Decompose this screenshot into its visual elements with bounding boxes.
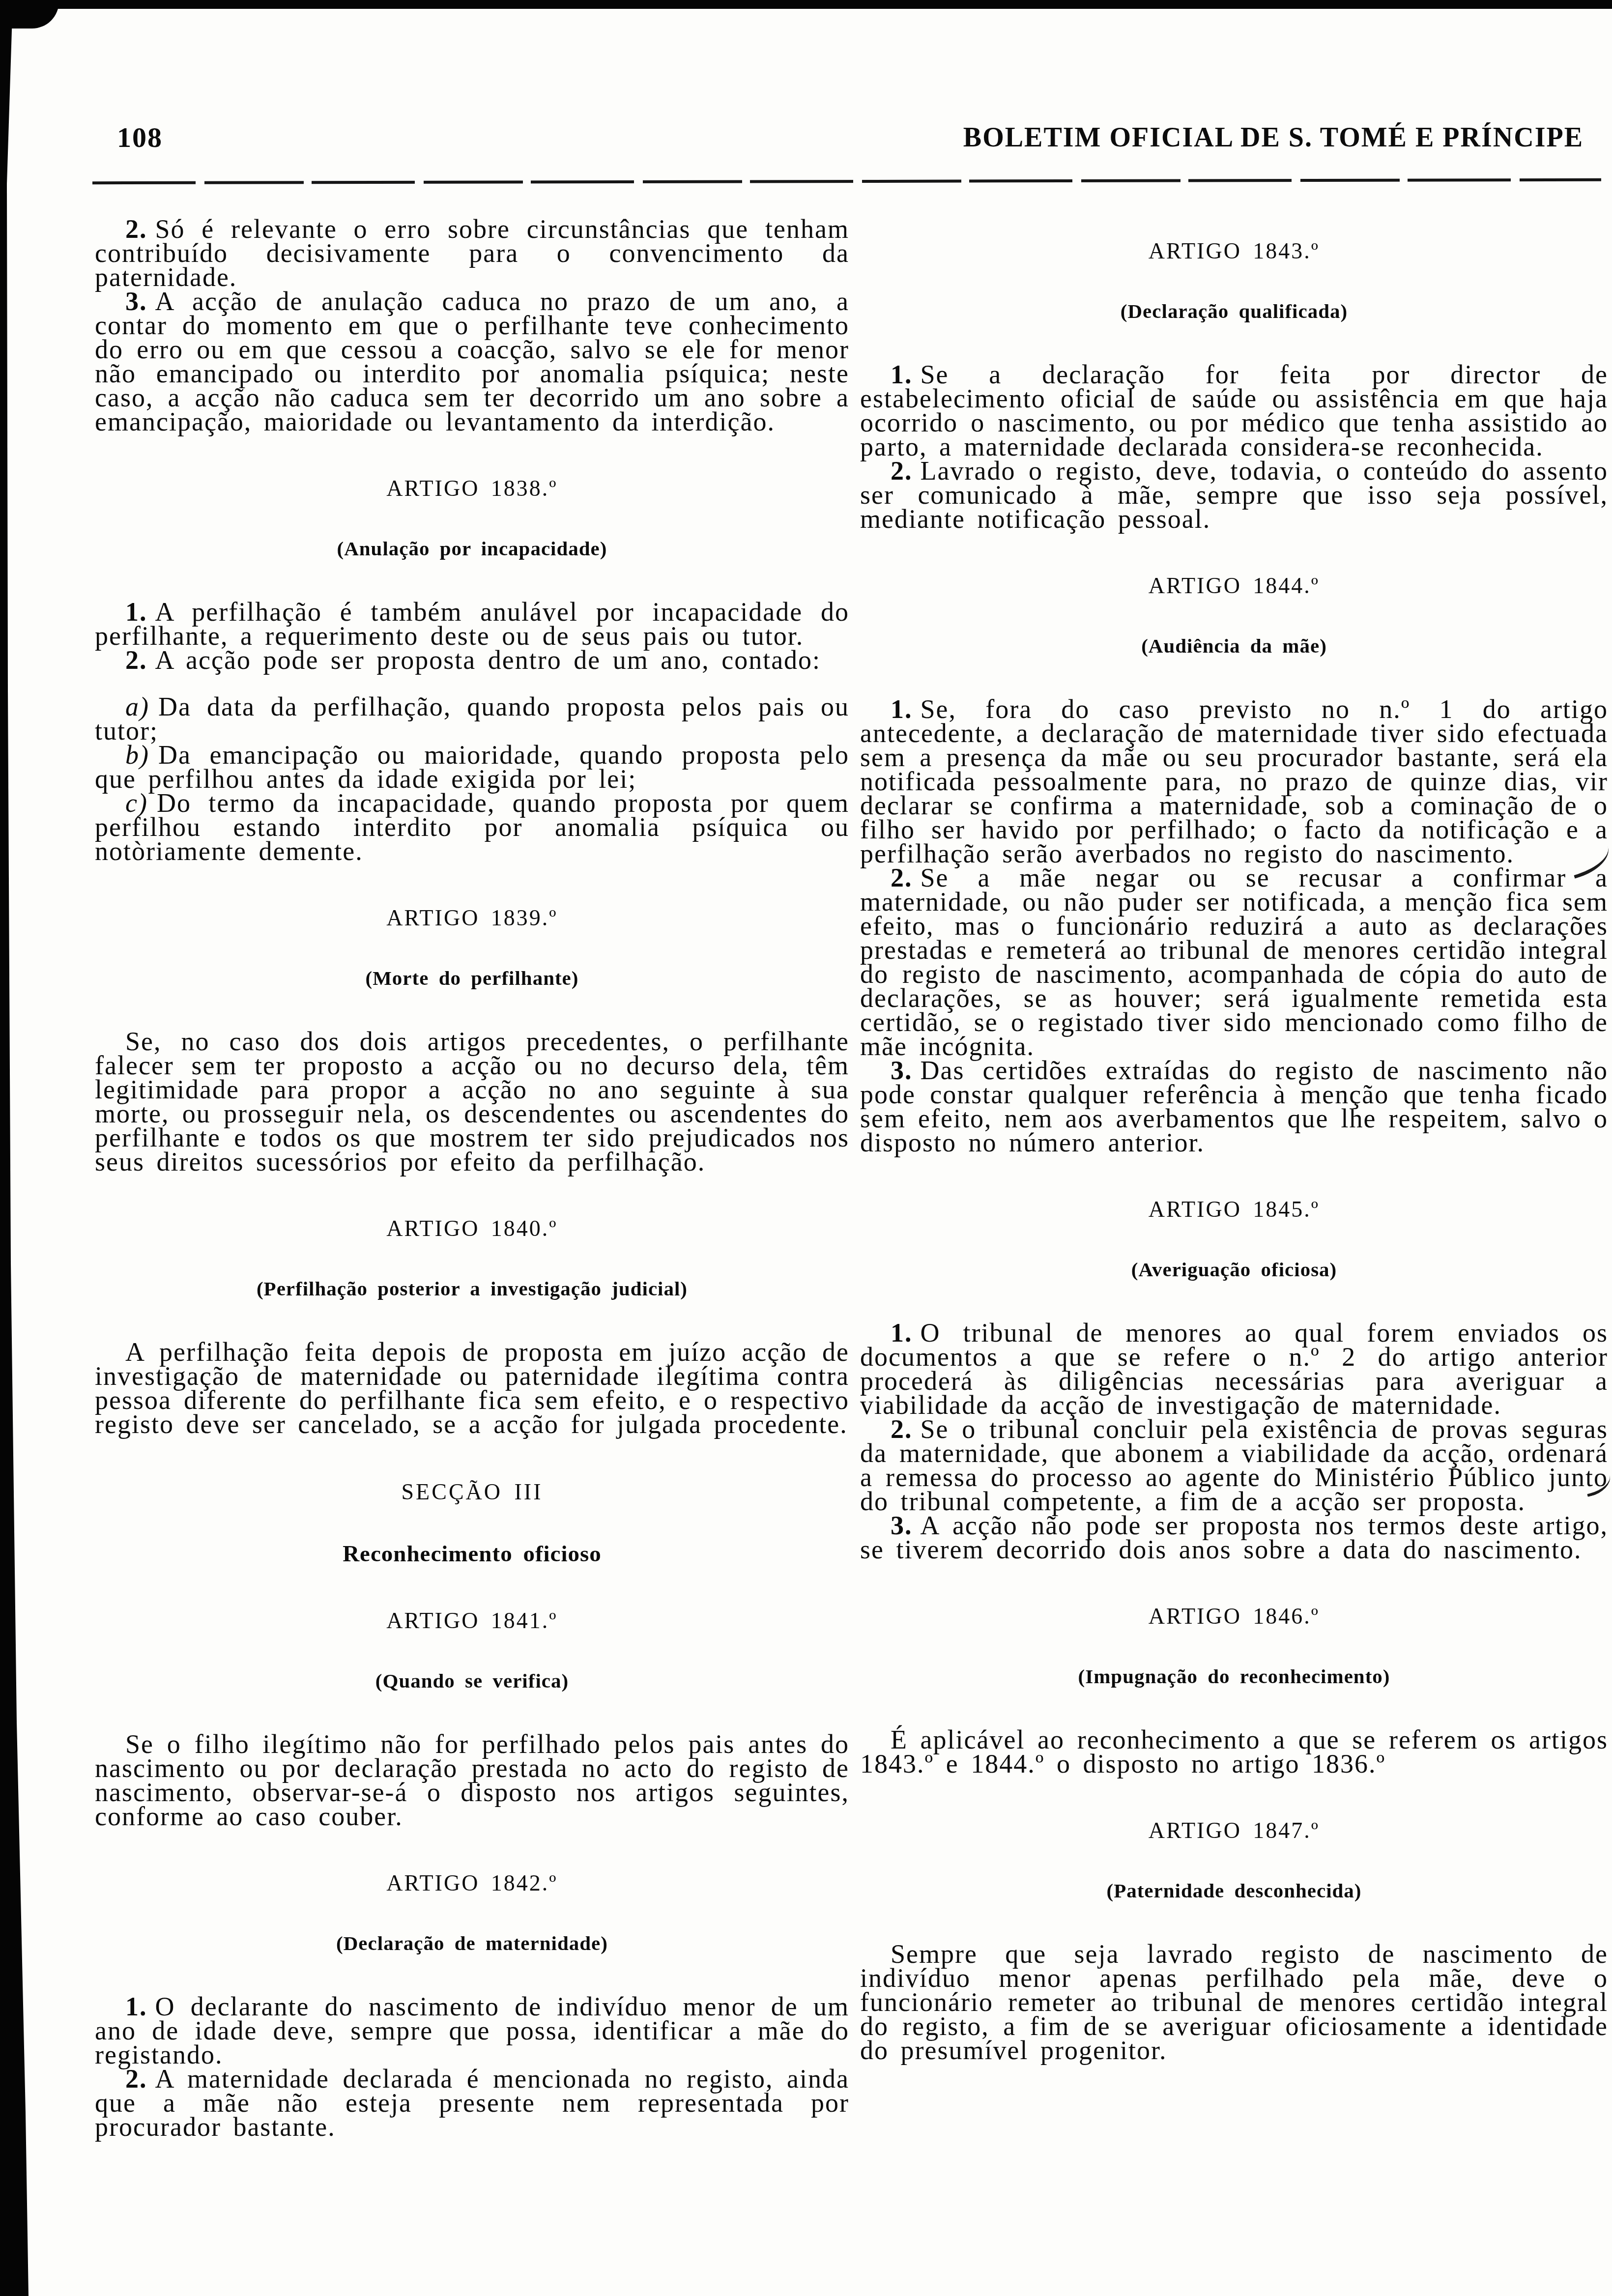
article-subtitle: (Declaração de maternidade) (95, 1932, 849, 1954)
paragraph-text: A acção não pode ser proposta nos termos… (860, 1511, 1608, 1564)
article-heading: ARTIGO 1838.º (95, 476, 849, 501)
list-item: a)Da data da perfilhação, quando propost… (95, 695, 849, 743)
article-subtitle: (Quando se verifica) (95, 1669, 849, 1692)
article-heading: ARTIGO 1842.º (95, 1871, 849, 1895)
article-subtitle: (Declaração qualificada) (860, 300, 1608, 322)
right-column: ARTIGO 1843.º (Declaração qualificada) 1… (860, 217, 1608, 2063)
article-subtitle: (Averiguação oficiosa) (860, 1258, 1608, 1281)
article-heading: ARTIGO 1844.º (860, 574, 1608, 598)
paragraph: 2.A acção pode ser proposta dentro de um… (95, 648, 849, 672)
list-item: b)Da emancipação ou maioridade, quando p… (95, 743, 849, 791)
paragraph-text: Se o tribunal concluir pela existência d… (860, 1414, 1608, 1516)
scan-edge-top (0, 0, 1612, 9)
paragraph: 1.A perfilhação é também anulável por in… (95, 600, 849, 648)
paragraph: Sempre que seja lavrado registo de nasci… (860, 1942, 1608, 2063)
article-heading: ARTIGO 1843.º (860, 239, 1608, 263)
paragraph: 1.O tribunal de menores ao qual forem en… (860, 1321, 1608, 1417)
paragraph-text: Se o filho ilegítimo não for perfilhado … (95, 1729, 849, 1831)
paragraph-text: A acção pode ser proposta dentro de um a… (155, 645, 821, 675)
paragraph-text: A perfilhação é também anulável por inca… (95, 597, 849, 651)
section-title: Reconhecimento oficioso (95, 1542, 849, 1566)
paragraph-text: O declarante do nascimento de indivíduo … (95, 1992, 849, 2069)
header-rule (92, 178, 1601, 184)
article-heading: ARTIGO 1840.º (95, 1216, 849, 1241)
list-item: c)Do termo da incapacidade, quando propo… (95, 791, 849, 863)
paragraph: 3.Das certidões extraídas do registo de … (860, 1059, 1608, 1155)
article-subtitle: (Impugnação do reconhecimento) (860, 1665, 1608, 1688)
article-heading: ARTIGO 1839.º (95, 906, 849, 930)
paragraph-text: Só é relevante o erro sobre circunstânci… (95, 214, 849, 292)
paragraph: 2.Se o tribunal concluir pela existência… (860, 1417, 1608, 1514)
list-item-text: Da data da perfilhação, quando proposta … (95, 692, 849, 746)
paragraph-text: A acção de anulação caduca no prazo de u… (95, 287, 849, 436)
paragraph: 2.Lavrado o registo, deve, todavia, o co… (860, 459, 1608, 531)
left-column: 2.Só é relevante o erro sobre circunstân… (95, 217, 849, 2139)
paragraph-text: A perfilhação feita depois de proposta e… (95, 1337, 849, 1439)
paragraph: A perfilhação feita depois de proposta e… (95, 1340, 849, 1436)
article-subtitle: (Anulação por incapacidade) (95, 537, 849, 560)
article-heading: ARTIGO 1847.º (860, 1818, 1608, 1843)
paragraph: 1.Se, fora do caso previsto no n.º 1 do … (860, 697, 1608, 866)
paragraph-text: O tribunal de menores ao qual forem envi… (860, 1318, 1608, 1420)
article-subtitle: (Morte do perfilhante) (95, 967, 849, 989)
scan-edge-left (0, 0, 29, 2296)
paragraph-text: A maternidade declarada é mencionada no … (95, 2064, 849, 2142)
article-subtitle: (Audiência da mãe) (860, 634, 1608, 657)
article-heading: ARTIGO 1841.º (95, 1608, 849, 1633)
paragraph-text: Das certidões extraídas do registo de na… (860, 1056, 1608, 1157)
paragraph-text: Se a declaração for feita por director d… (860, 360, 1608, 461)
paragraph-text: Se a mãe negar ou se recusar a confirmar… (860, 863, 1608, 1061)
list-item-text: Do termo da incapacidade, quando propost… (95, 788, 849, 866)
paragraph-text: Se, no caso dos dois artigos precedentes… (95, 1027, 849, 1177)
paragraph: 2.A maternidade declarada é mencionada n… (95, 2067, 849, 2139)
article-subtitle: (Perfilhação posterior a investigação ju… (95, 1277, 849, 1300)
paragraph-text: É aplicável ao reconhecimento a que se r… (860, 1725, 1608, 1779)
paragraph: Se o filho ilegítimo não for perfilhado … (95, 1732, 849, 1829)
gazette-page: { "page": { "number": "108", "title": "B… (0, 0, 1612, 2296)
article-subtitle: (Paternidade desconhecida) (860, 1879, 1608, 1902)
article-heading: ARTIGO 1845.º (860, 1197, 1608, 1222)
paragraph: É aplicável ao reconhecimento a que se r… (860, 1728, 1608, 1776)
paragraph: 1.Se a declaração for feita por director… (860, 363, 1608, 459)
paragraph: 3.A acção de anulação caduca no prazo de… (95, 289, 849, 434)
paragraph-text: Sempre que seja lavrado registo de nasci… (860, 1939, 1608, 2065)
paragraph: 3.A acção não pode ser proposta nos term… (860, 1514, 1608, 1562)
paragraph: 2.Se a mãe negar ou se recusar a confirm… (860, 866, 1608, 1059)
paragraph-text: Se, fora do caso previsto no n.º 1 do ar… (860, 694, 1608, 868)
paragraph: Se, no caso dos dois artigos precedentes… (95, 1030, 849, 1174)
article-heading: ARTIGO 1846.º (860, 1604, 1608, 1629)
page-number: 108 (117, 121, 163, 154)
paragraph-text: Lavrado o registo, deve, todavia, o cont… (860, 456, 1608, 534)
paragraph-number: 2. (125, 645, 147, 675)
paragraph: 2.Só é relevante o erro sobre circunstân… (95, 217, 849, 289)
page-title: BOLETIM OFICIAL DE S. TOMÉ E PRÍNCIPE (963, 122, 1583, 153)
paragraph: 1.O declarante do nascimento de indivídu… (95, 1995, 849, 2067)
list-item-text: Da emancipação ou maioridade, quando pro… (95, 740, 849, 794)
section-heading: SECÇÃO III (95, 1480, 849, 1504)
